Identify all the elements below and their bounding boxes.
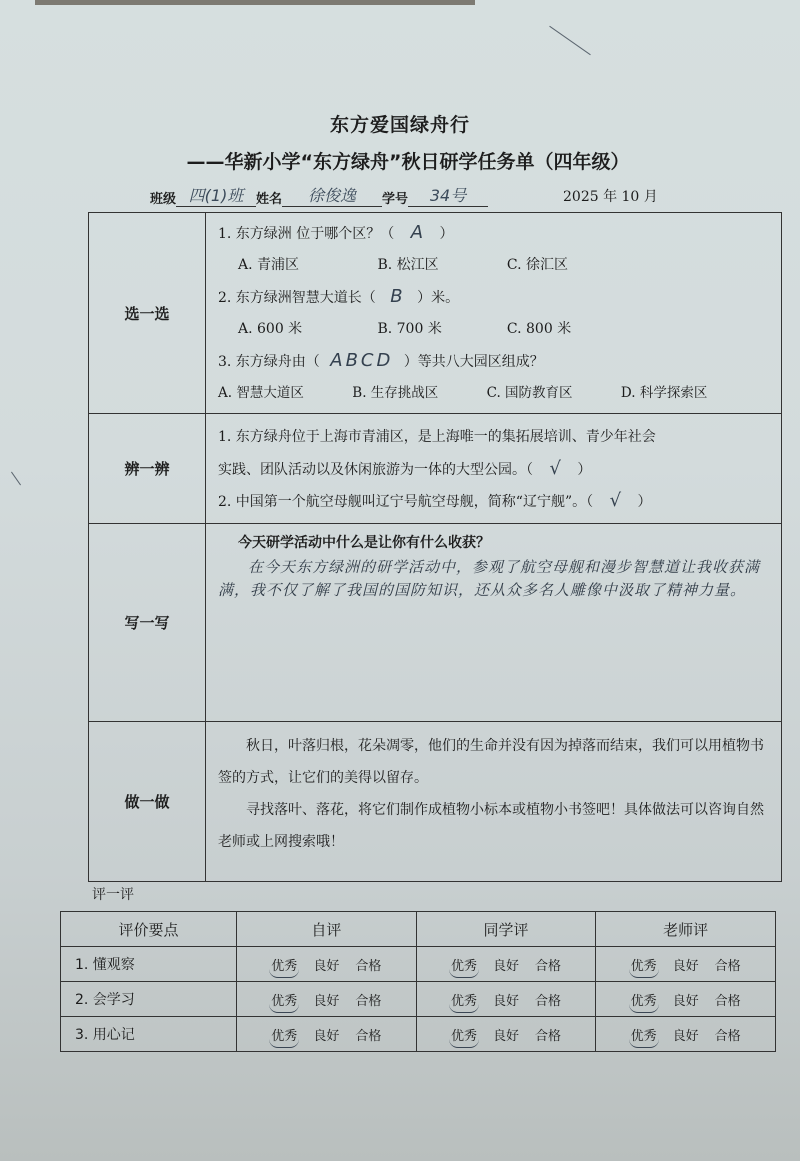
- rating-excellent[interactable]: 优秀: [631, 955, 657, 974]
- question-3-text: 3. 东方绿舟由（: [218, 354, 320, 370]
- criterion: 3. 用心记: [61, 1017, 237, 1052]
- rating-good[interactable]: 良好: [313, 1025, 339, 1044]
- option-c: C. 国防教育区: [487, 377, 617, 409]
- section-content-judge: 1. 东方绿舟位于上海市青浦区，是上海唯一的集拓展培训、青少年社会 实践、团队活…: [206, 414, 782, 524]
- document-subtitle: ——华新小学“东方绿舟”秋日研学任务单（四年级）: [8, 147, 800, 174]
- document-title: 东方爱国绿舟行: [0, 110, 800, 137]
- rating-good[interactable]: 良好: [313, 990, 339, 1009]
- student-info-line: 班级四(1)班姓名徐俊逸学号34号: [150, 186, 488, 207]
- rating-good[interactable]: 良好: [493, 1025, 519, 1044]
- task-table: 选一选 1. 东方绿洲 位于哪个区？（ A ） A. 青浦区 B. 松江区 C.…: [88, 212, 782, 882]
- rating-pass[interactable]: 合格: [355, 955, 381, 974]
- statement-1-text: 实践、团队活动以及休闲旅游为一体的大型公园。（: [218, 462, 533, 478]
- statement-1-answer[interactable]: √: [537, 458, 572, 479]
- rating-teacher: 优秀良好合格: [596, 947, 776, 982]
- rating-pass[interactable]: 合格: [355, 990, 381, 1009]
- section-label-choose: 选一选: [89, 213, 206, 414]
- question-1-answer[interactable]: A: [399, 222, 435, 243]
- option-a: A. 青浦区: [238, 249, 373, 281]
- rating-self: 优秀良好合格: [237, 1017, 417, 1052]
- pencil-stroke: [11, 472, 21, 486]
- rating-excellent[interactable]: 优秀: [451, 1025, 477, 1044]
- question-2: 2. 东方绿洲智慧大道长（ B ）米。: [218, 281, 771, 313]
- write-prompt: 今天研学活动中什么是让你有什么收获？: [218, 530, 771, 556]
- option-b: B. 700 米: [377, 313, 502, 345]
- section-content-write: 今天研学活动中什么是让你有什么收获？ 在今天东方绿洲的研学活动中，参观了航空母舰…: [206, 524, 782, 722]
- evaluation-table: 评价要点 自评 同学评 老师评 1. 懂观察 优秀良好合格 优秀良好合格 优秀良…: [60, 911, 776, 1052]
- rating-excellent[interactable]: 优秀: [271, 955, 297, 974]
- rating-pass[interactable]: 合格: [535, 990, 561, 1009]
- statement-2-answer[interactable]: √: [598, 490, 633, 511]
- option-d: D. 科学探索区: [621, 377, 707, 409]
- header-self: 自评: [237, 912, 417, 947]
- header-criteria: 评价要点: [61, 912, 237, 947]
- rating-good[interactable]: 良好: [493, 955, 519, 974]
- header-teacher: 老师评: [596, 912, 776, 947]
- question-2-text: 2. 东方绿洲智慧大道长（: [218, 290, 376, 306]
- question-1-text: 1. 东方绿洲 位于哪个区？（: [218, 226, 394, 242]
- statement-2-text: 2. 中国第一个航空母舰叫辽宁号航空母舰，简称“辽宁舰”。（: [218, 494, 593, 510]
- option-c: C. 800 米: [507, 313, 571, 345]
- rating-excellent[interactable]: 优秀: [631, 990, 657, 1009]
- do-paragraph-1: 秋日，叶落归根，花朵凋零，他们的生命并没有因为掉落而结束，我们可以用植物书签的方…: [218, 730, 771, 794]
- question-2-answer[interactable]: B: [380, 286, 412, 307]
- question-1-close: ）: [440, 226, 454, 242]
- section-label-do: 做一做: [89, 722, 206, 882]
- rating-good[interactable]: 良好: [313, 955, 339, 974]
- rating-good[interactable]: 良好: [493, 990, 519, 1009]
- rating-peer: 优秀良好合格: [416, 1017, 596, 1052]
- rating-teacher: 优秀良好合格: [596, 982, 776, 1017]
- evaluation-row: 2. 会学习 优秀良好合格 优秀良好合格 优秀良好合格: [61, 982, 776, 1017]
- section-content-do: 秋日，叶落归根，花朵凋零，他们的生命并没有因为掉落而结束，我们可以用植物书签的方…: [206, 722, 782, 882]
- rating-good[interactable]: 良好: [673, 990, 699, 1009]
- criterion: 1. 懂观察: [61, 947, 237, 982]
- do-paragraph-2: 寻找落叶、落花，将它们制作成植物小标本或植物小书签吧！具体做法可以咨询自然老师或…: [218, 794, 771, 858]
- section-content-choose: 1. 东方绿洲 位于哪个区？（ A ） A. 青浦区 B. 松江区 C. 徐汇区…: [206, 213, 782, 414]
- rating-excellent[interactable]: 优秀: [271, 1025, 297, 1044]
- question-3: 3. 东方绿舟由（ ABCD ）等共八大园区组成？: [218, 345, 771, 377]
- option-b: B. 松江区: [377, 249, 502, 281]
- rating-pass[interactable]: 合格: [715, 990, 741, 1009]
- name-label: 姓名: [256, 188, 282, 207]
- rating-peer: 优秀良好合格: [416, 982, 596, 1017]
- question-3-close: ）等共八大园区组成？: [404, 354, 544, 370]
- rating-pass[interactable]: 合格: [355, 1025, 381, 1044]
- rating-excellent[interactable]: 优秀: [451, 990, 477, 1009]
- section-judge: 辨一辨 1. 东方绿舟位于上海市青浦区，是上海唯一的集拓展培训、青少年社会 实践…: [89, 414, 782, 524]
- question-3-options: A. 智慧大道区 B. 生存挑战区 C. 国防教育区 D. 科学探索区: [218, 377, 771, 409]
- student-number-field[interactable]: 34号: [408, 186, 488, 207]
- question-2-options: A. 600 米 B. 700 米 C. 800 米: [218, 313, 771, 345]
- date-text: 2025 年 10 月: [563, 186, 658, 206]
- rating-pass[interactable]: 合格: [535, 1025, 561, 1044]
- name-field[interactable]: 徐俊逸: [282, 186, 382, 207]
- number-label: 学号: [382, 188, 408, 207]
- evaluation-title: 评一评: [92, 884, 134, 904]
- question-1: 1. 东方绿洲 位于哪个区？（ A ）: [218, 217, 771, 249]
- rating-pass[interactable]: 合格: [715, 955, 741, 974]
- rating-peer: 优秀良好合格: [416, 947, 596, 982]
- section-choose: 选一选 1. 东方绿洲 位于哪个区？（ A ） A. 青浦区 B. 松江区 C.…: [89, 213, 782, 414]
- rating-pass[interactable]: 合格: [535, 955, 561, 974]
- evaluation-row: 3. 用心记 优秀良好合格 优秀良好合格 优秀良好合格: [61, 1017, 776, 1052]
- question-3-answer[interactable]: ABCD: [324, 350, 399, 371]
- option-c: C. 徐汇区: [507, 249, 568, 281]
- write-answer[interactable]: 在今天东方绿洲的研学活动中，参观了航空母舰和漫步智慧道让我收获满满，我不仅了解了…: [218, 556, 771, 602]
- statement-2: 2. 中国第一个航空母舰叫辽宁号航空母舰，简称“辽宁舰”。（ √ ）: [218, 485, 771, 517]
- class-label: 班级: [150, 188, 176, 207]
- option-b: B. 生存挑战区: [352, 377, 482, 409]
- header-peer: 同学评: [416, 912, 596, 947]
- rating-excellent[interactable]: 优秀: [631, 1025, 657, 1044]
- rating-self: 优秀良好合格: [237, 947, 417, 982]
- statement-1-line-1: 1. 东方绿舟位于上海市青浦区，是上海唯一的集拓展培训、青少年社会: [218, 421, 771, 453]
- rating-excellent[interactable]: 优秀: [451, 955, 477, 974]
- section-label-write: 写一写: [89, 524, 206, 722]
- rating-good[interactable]: 良好: [673, 1025, 699, 1044]
- rating-pass[interactable]: 合格: [715, 1025, 741, 1044]
- option-a: A. 600 米: [238, 313, 373, 345]
- question-2-close: ）米。: [417, 290, 459, 306]
- rating-excellent[interactable]: 优秀: [271, 990, 297, 1009]
- pencil-stroke: [549, 26, 591, 55]
- statement-2-close: ）: [638, 494, 652, 510]
- class-field[interactable]: 四(1)班: [176, 186, 256, 207]
- section-do: 做一做 秋日，叶落归根，花朵凋零，他们的生命并没有因为掉落而结束，我们可以用植物…: [89, 722, 782, 882]
- photo-edge-strip: [35, 0, 475, 5]
- statement-1-line-2: 实践、团队活动以及休闲旅游为一体的大型公园。（ √ ）: [218, 453, 771, 485]
- evaluation-header-row: 评价要点 自评 同学评 老师评: [61, 912, 776, 947]
- section-write: 写一写 今天研学活动中什么是让你有什么收获？ 在今天东方绿洲的研学活动中，参观了…: [89, 524, 782, 722]
- rating-teacher: 优秀良好合格: [596, 1017, 776, 1052]
- evaluation-row: 1. 懂观察 优秀良好合格 优秀良好合格 优秀良好合格: [61, 947, 776, 982]
- section-label-judge: 辨一辨: [89, 414, 206, 524]
- question-1-options: A. 青浦区 B. 松江区 C. 徐汇区: [218, 249, 771, 281]
- criterion: 2. 会学习: [61, 982, 237, 1017]
- rating-good[interactable]: 良好: [673, 955, 699, 974]
- option-a: A. 智慧大道区: [218, 377, 348, 409]
- rating-self: 优秀良好合格: [237, 982, 417, 1017]
- statement-1-close: ）: [577, 462, 591, 478]
